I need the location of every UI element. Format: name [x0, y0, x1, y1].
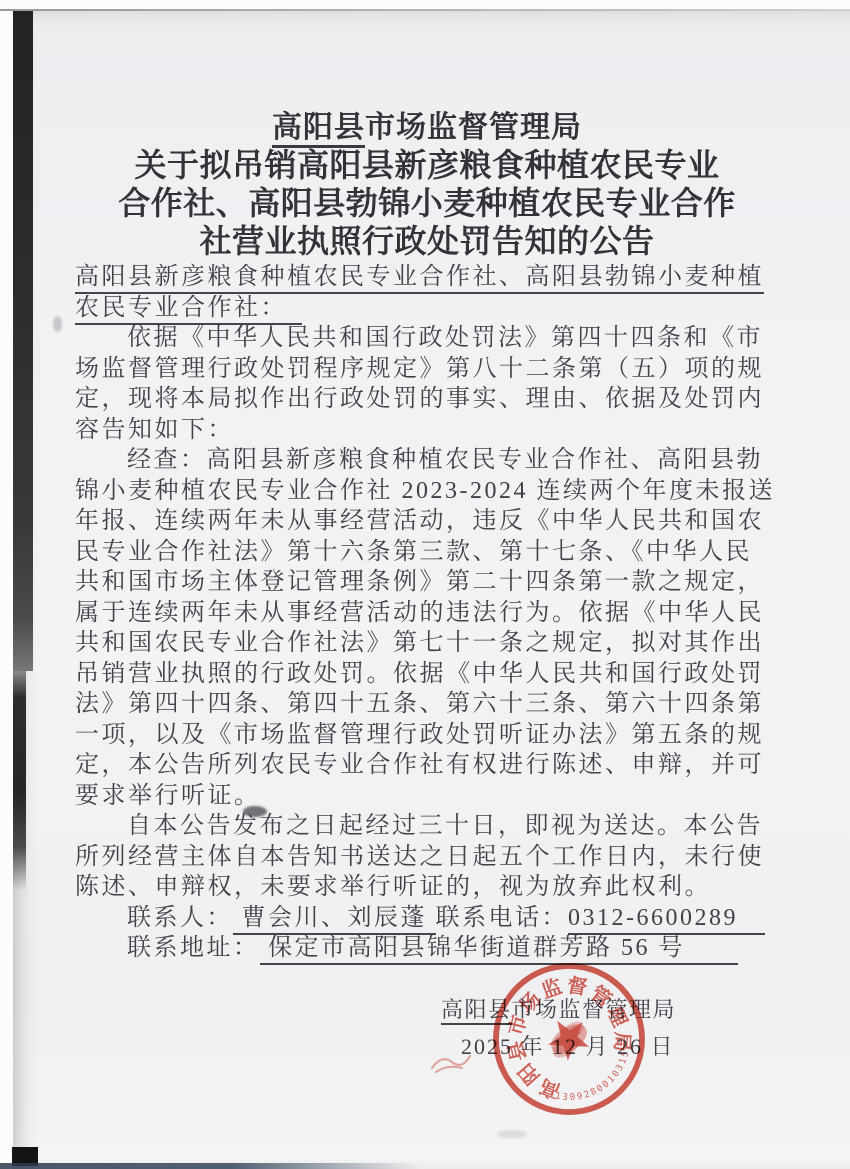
- text-segment: 0312-6600289: [568, 905, 765, 935]
- body-line: 联系地址： 保定市高阳县锦华街道群芳路 56 号: [75, 933, 781, 964]
- document-body: 高阳县新彦粮食种植农民专业合作社、高阳县勃锦小麦种植农民专业合作社： 依据《中华…: [75, 262, 781, 964]
- official-seal: 高阳县市场监督管理局1309280010315: [486, 956, 652, 1122]
- body-line: 场监督管理行政处罚程序规定》第八十二条第（五）项的规: [75, 354, 781, 385]
- seal-ring-char: 督: [566, 973, 590, 1000]
- title-line: 高阳县市场监督管理局: [75, 110, 779, 146]
- text-segment: 经查：高阳县新彦粮食种植农民专业合作社、高阳县勃: [127, 447, 763, 473]
- text-segment: 共和国农民专业合作社法》第七十一条之规定，拟对其作出: [75, 630, 764, 656]
- text-segment: 联系电话：: [436, 905, 569, 931]
- title-line: 关于拟吊销高阳县新彦粮食种植农民专业: [75, 146, 779, 184]
- text-segment: 社营业执照行政处罚告知的公告: [199, 223, 654, 259]
- text-segment: 农民专业合作社：: [75, 295, 302, 325]
- title-line: 合作社、高阳县勃锦小麦种植农民专业合作: [75, 184, 779, 222]
- seal-ring-char: 理: [602, 1003, 631, 1031]
- body-line: 锦小麦种植农民专业合作社 2023-2024 连续两个年度未报送: [75, 476, 781, 507]
- text-segment: 合作社、高阳县勃锦小麦种植农民专业合作: [118, 185, 736, 221]
- text-segment: 法》第四十四条、第四十五条、第六十三条、第六十四条第: [75, 691, 764, 717]
- text-segment: 高阳县新彦粮食种植农民专业合作社、高阳县勃锦小麦种植: [75, 264, 764, 294]
- text-segment: 关于拟吊销高阳县新彦粮食种植农民专业: [134, 147, 719, 183]
- body-line: 民专业合作社法》第十六条第三款、第十七条、《中华人民: [75, 537, 781, 568]
- scan-left-shadow-strip: [13, 11, 33, 671]
- text-segment: 年报、连续两年未从事经营活动，违反《中华人民共和国农: [75, 508, 764, 534]
- text-segment: 自本公告发布之日起经过三十日，即视为送达。本公告: [127, 813, 763, 839]
- text-segment: 民专业合作社法》第十六条第三款、第十七条、《中华人民: [75, 539, 752, 565]
- text-segment: 属于连续两年未从事经营活动的违法行为。依据《中华人民: [75, 600, 764, 626]
- seal-ring-char: 局: [610, 1031, 634, 1052]
- text-segment: 锦小麦种植农民专业合作社 2023-2024 连续两个年度未报送: [75, 478, 775, 504]
- red-pen-mark: [428, 1046, 474, 1076]
- body-line: 共和国农民专业合作社法》第七十一条之规定，拟对其作出: [75, 628, 781, 659]
- ink-smudge: [497, 1130, 527, 1138]
- ink-smudge: [53, 316, 62, 332]
- text-segment: 一项，以及《市场监督管理行政处罚听证办法》第五条的规: [75, 722, 764, 748]
- document-title: 高阳县市场监督管理局关于拟吊销高阳县新彦粮食种植农民专业合作社、高阳县勃锦小麦种…: [75, 110, 779, 260]
- title-line: 社营业执照行政处罚告知的公告: [75, 222, 779, 260]
- text-segment: 要求举行听证。: [75, 783, 261, 809]
- body-line: 陈述、申辩权，未要求举行听证的，视为放弃此权利。: [75, 872, 781, 903]
- body-line: 农民专业合作社：: [75, 293, 781, 324]
- text-segment: 联系人：: [127, 905, 233, 931]
- body-line: 年报、连续两年未从事经营活动，违反《中华人民共和国农: [75, 506, 781, 537]
- seal-group: 高阳县市场监督管理局1309280010315: [486, 956, 652, 1122]
- seal-ring-char: 市: [504, 1013, 531, 1038]
- text-segment: 高阳县: [272, 111, 365, 148]
- text-segment: 依据《中华人民共和国行政处罚法》第四十四条和《市: [127, 325, 763, 351]
- text-segment: 场监督管理行政处罚程序规定》第八十二条第（五）项的规: [75, 356, 764, 382]
- body-line: 要求举行听证。: [75, 781, 781, 812]
- text-segment: 容告知如下：: [75, 417, 234, 443]
- body-line: 一项，以及《市场监督管理行政处罚听证办法》第五条的规: [75, 720, 781, 751]
- body-line: 法》第四十四条、第四十五条、第六十三条、第六十四条第: [75, 689, 781, 720]
- body-line: 共和国市场主体登记管理条例》第二十四条第一款之规定，: [75, 567, 781, 598]
- body-line: 联系人： 曹会川、刘辰蓬 联系电话：0312-6600289: [75, 903, 781, 934]
- body-line: 所列经营主体自本告知书送达之日起五个工作日内，未行使: [75, 842, 781, 873]
- text-segment: 吊销营业执照的行政处罚。依据《中华人民共和国行政处罚: [75, 661, 764, 687]
- text-segment: 市场监督管理局: [365, 111, 582, 144]
- scan-bottom-blue-strip: [0, 1163, 420, 1169]
- text-segment: 定，本公告所列农民专业合作社有权进行陈述、申辩，并可: [75, 752, 764, 778]
- body-line: 定，现将本局拟作出行政处罚的事实、理由、依据及处罚内: [75, 384, 781, 415]
- body-line: 吊销营业执照的行政处罚。依据《中华人民共和国行政处罚: [75, 659, 781, 690]
- text-segment: 定，现将本局拟作出行政处罚的事实、理由、依据及处罚内: [75, 386, 764, 412]
- text-segment: 所列经营主体自本告知书送达之日起五个工作日内，未行使: [75, 844, 764, 870]
- seal-ring-char: 场: [514, 987, 545, 1018]
- body-line: 自本公告发布之日起经过三十日，即视为送达。本公告: [75, 811, 781, 842]
- body-line: 定，本公告所列农民专业合作社有权进行陈述、申辩，并可: [75, 750, 781, 781]
- scanned-document-page: { "document": { "title": { "lines": [ {"…: [0, 0, 850, 1169]
- text-segment: 共和国市场主体登记管理条例》第二十四条第一款之规定，: [75, 569, 764, 595]
- seal-ring-char: 阳: [514, 1059, 544, 1089]
- body-line: 容告知如下：: [75, 415, 781, 446]
- scan-left-shadow-strip-lower: [13, 671, 26, 891]
- text-segment: 联系地址：: [127, 935, 260, 961]
- body-line: 高阳县新彦粮食种植农民专业合作社、高阳县勃锦小麦种植: [75, 262, 781, 293]
- text-segment: 陈述、申辩权，未要求举行听证的，视为放弃此权利。: [75, 874, 711, 900]
- seal-ring-char: 县: [504, 1039, 531, 1064]
- seal-ring-char: 监: [538, 974, 565, 1003]
- body-line: 经查：高阳县新彦粮食种植农民专业合作社、高阳县勃: [75, 445, 781, 476]
- body-line: 依据《中华人民共和国行政处罚法》第四十四条和《市: [75, 323, 781, 354]
- text-segment: 曹会川、刘辰蓬: [233, 905, 436, 935]
- body-line: 属于连续两年未从事经营活动的违法行为。依据《中华人民: [75, 598, 781, 629]
